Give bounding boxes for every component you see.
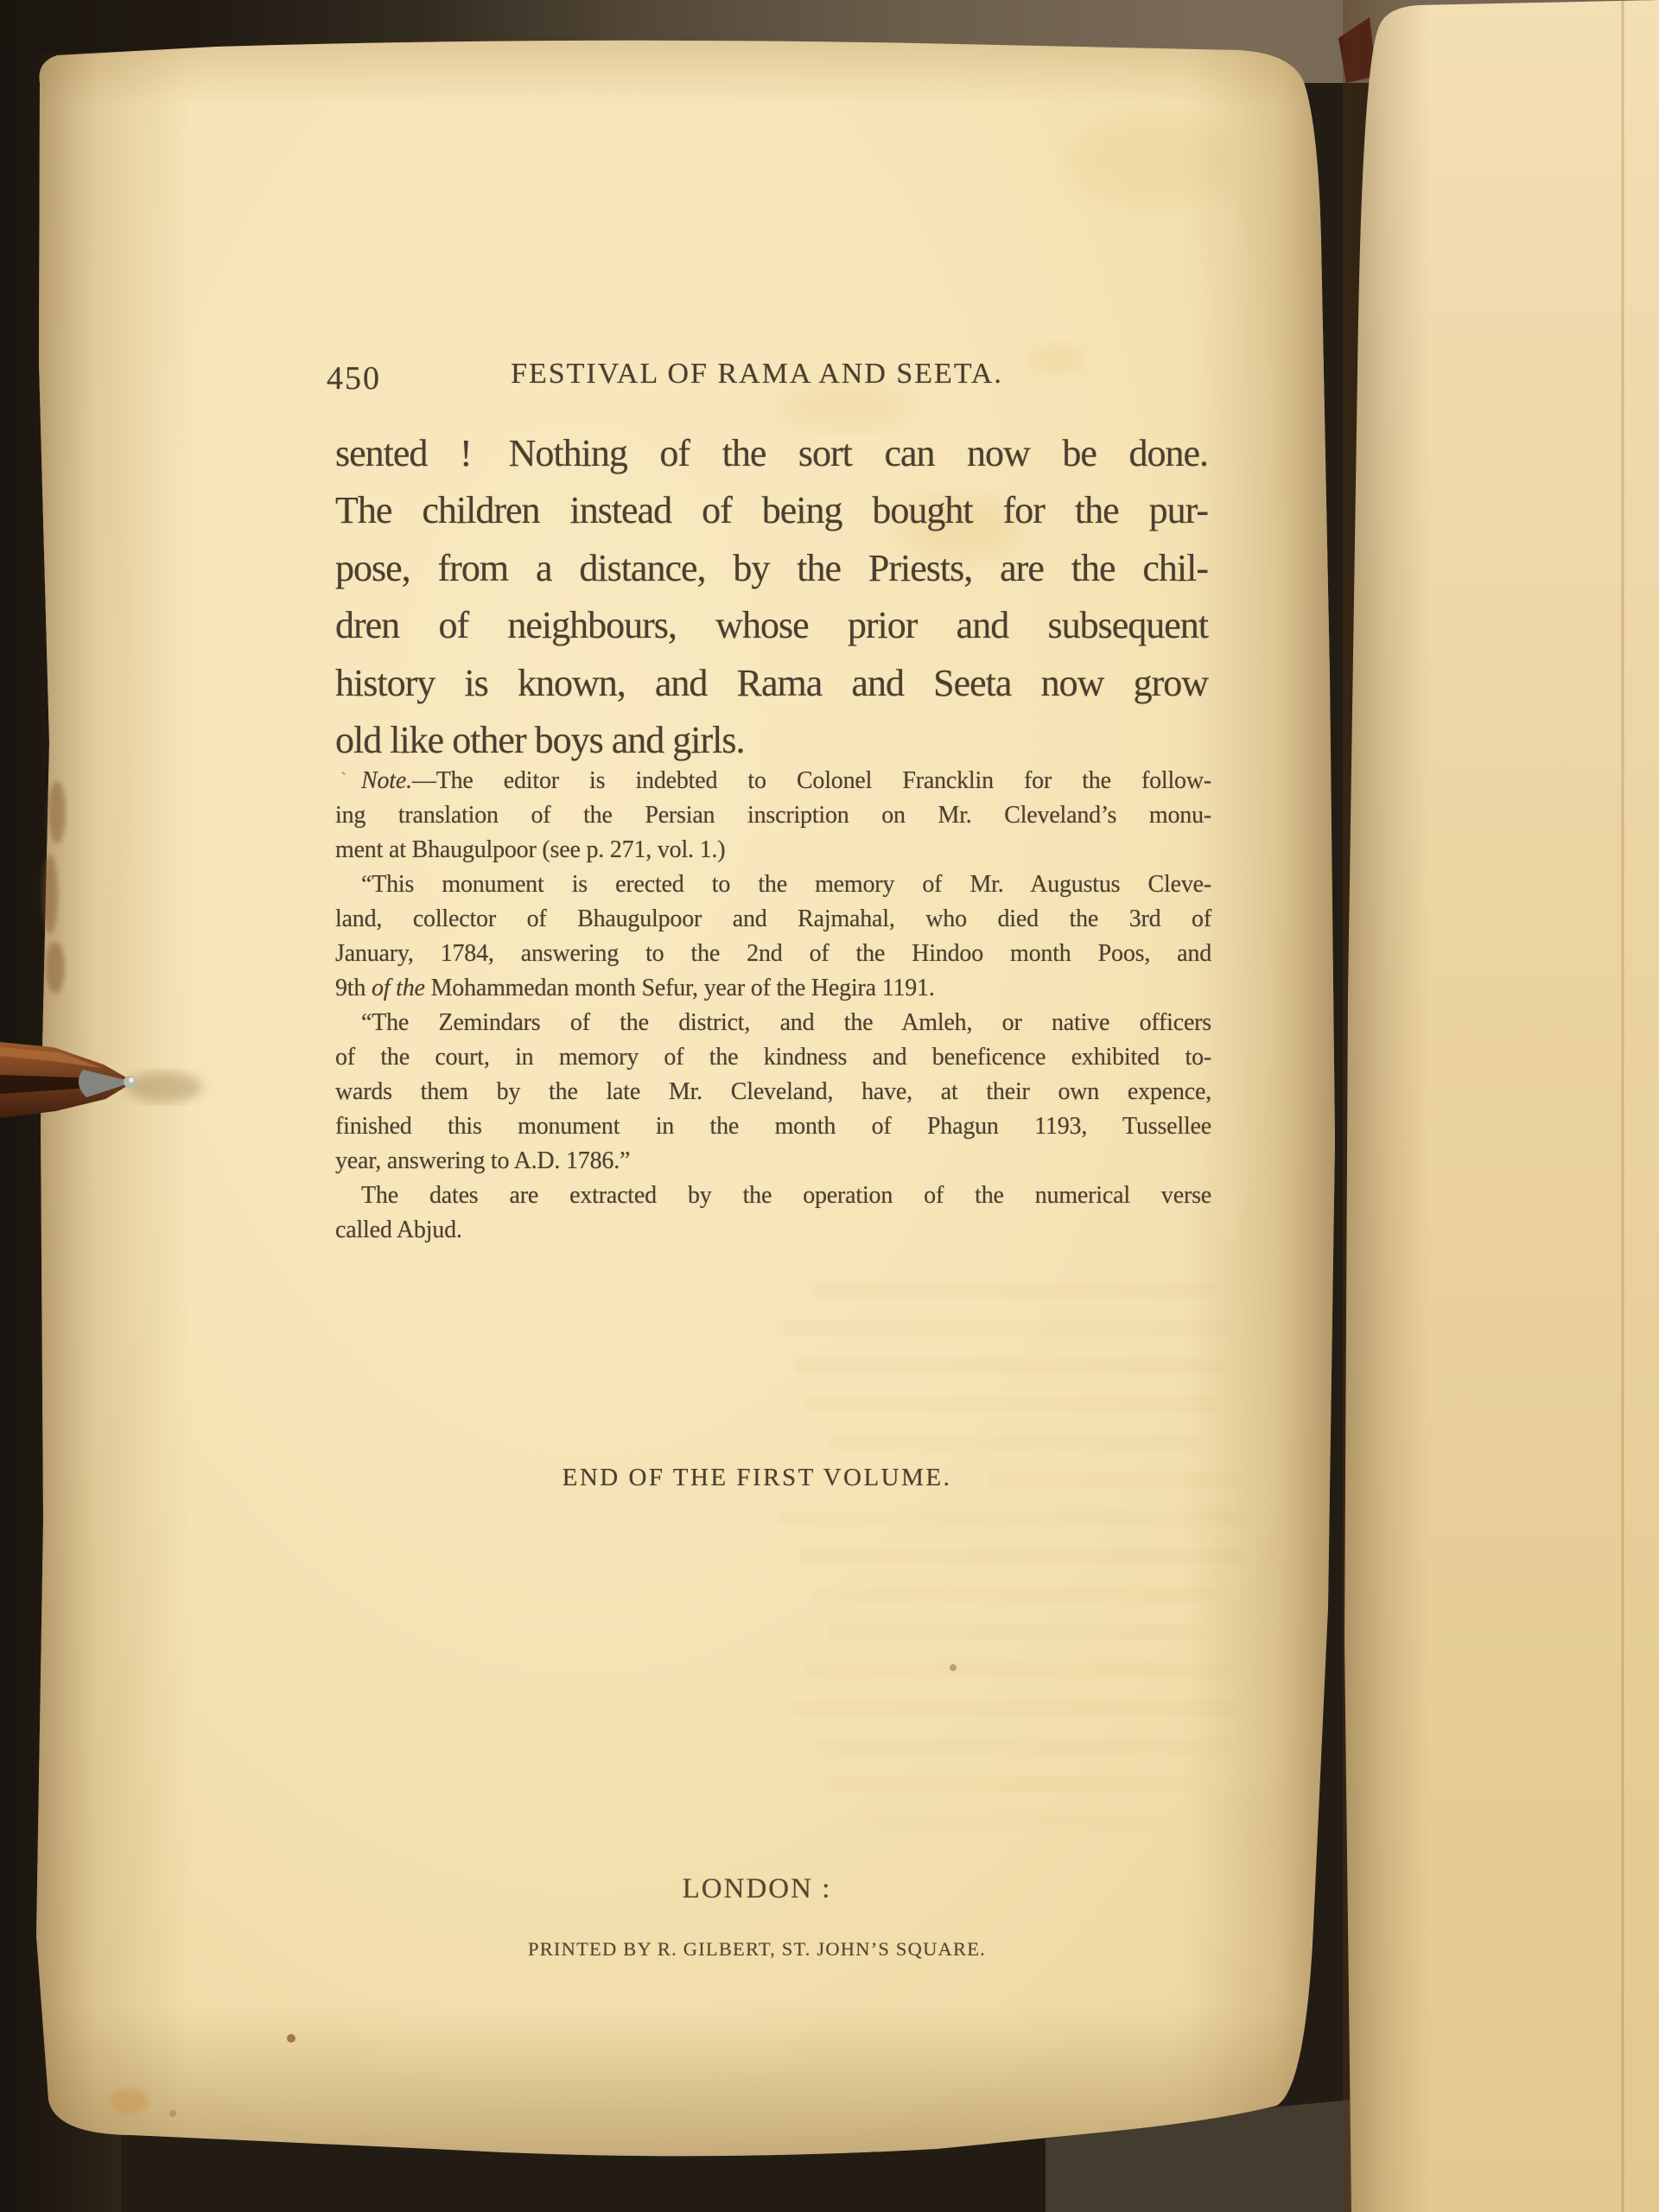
- note-line: of the court, in memory of the kindness …: [335, 1040, 1211, 1075]
- volume-end-line: END OF THE FIRST VOLUME.: [318, 1464, 1196, 1492]
- note-line: wards them by the late Mr. Cleveland, ha…: [335, 1075, 1211, 1109]
- note-line: land, collector of Bhaugulpoor and Rajma…: [335, 902, 1211, 937]
- imprint-printer: PRINTED BY R. GILBERT, ST. JOHN’S SQUARE…: [318, 1938, 1196, 1961]
- note-line: ˋNote.—The editor is indebted to Colonel…: [335, 764, 1211, 798]
- note-line: year, answering to A.D. 1786.”: [335, 1144, 1211, 1179]
- margin-mark: ˋ: [315, 762, 346, 797]
- body-line: old like other boys and girls.: [335, 712, 1208, 769]
- page-number: 450: [327, 359, 381, 397]
- note-line: ment at Bhaugulpoor (see p. 271, vol. 1.…: [335, 833, 1211, 868]
- page-header: 450 FESTIVAL OF RAMA AND SEETA.: [318, 358, 1196, 403]
- body-paragraph: sented ! Nothing of the sort can now be …: [335, 425, 1208, 769]
- imprint-city: LONDON :: [318, 1873, 1196, 1905]
- footnote-block: ˋNote.—The editor is indebted to Colonel…: [335, 764, 1211, 1248]
- running-title: FESTIVAL OF RAMA AND SEETA.: [318, 358, 1196, 391]
- note-line: 9th of the Mohammedan month Sefur, year …: [335, 971, 1211, 1006]
- note-line: ing translation of the Persian inscripti…: [335, 798, 1211, 833]
- book-photo: 450 FESTIVAL OF RAMA AND SEETA. sented !…: [0, 0, 1659, 2212]
- printed-page-text: 450 FESTIVAL OF RAMA AND SEETA. sented !…: [0, 0, 1659, 2212]
- note-line: called Abjud.: [335, 1213, 1211, 1248]
- body-line: sented ! Nothing of the sort can now be …: [335, 425, 1208, 482]
- note-line: “This monument is erected to the memory …: [335, 868, 1211, 902]
- body-line: pose, from a distance, by the Priests, a…: [335, 540, 1208, 597]
- body-line: history is known, and Rama and Seeta now…: [335, 655, 1208, 712]
- body-line: dren of neighbours, whose prior and subs…: [335, 597, 1208, 654]
- note-line: January, 1784, answering to the 2nd of t…: [335, 937, 1211, 971]
- body-line: The children instead of being bought for…: [335, 482, 1208, 539]
- note-line: “The Zemindars of the district, and the …: [335, 1006, 1211, 1040]
- note-line: The dates are extracted by the operation…: [335, 1179, 1211, 1213]
- note-line: finished this monument in the month of P…: [335, 1109, 1211, 1144]
